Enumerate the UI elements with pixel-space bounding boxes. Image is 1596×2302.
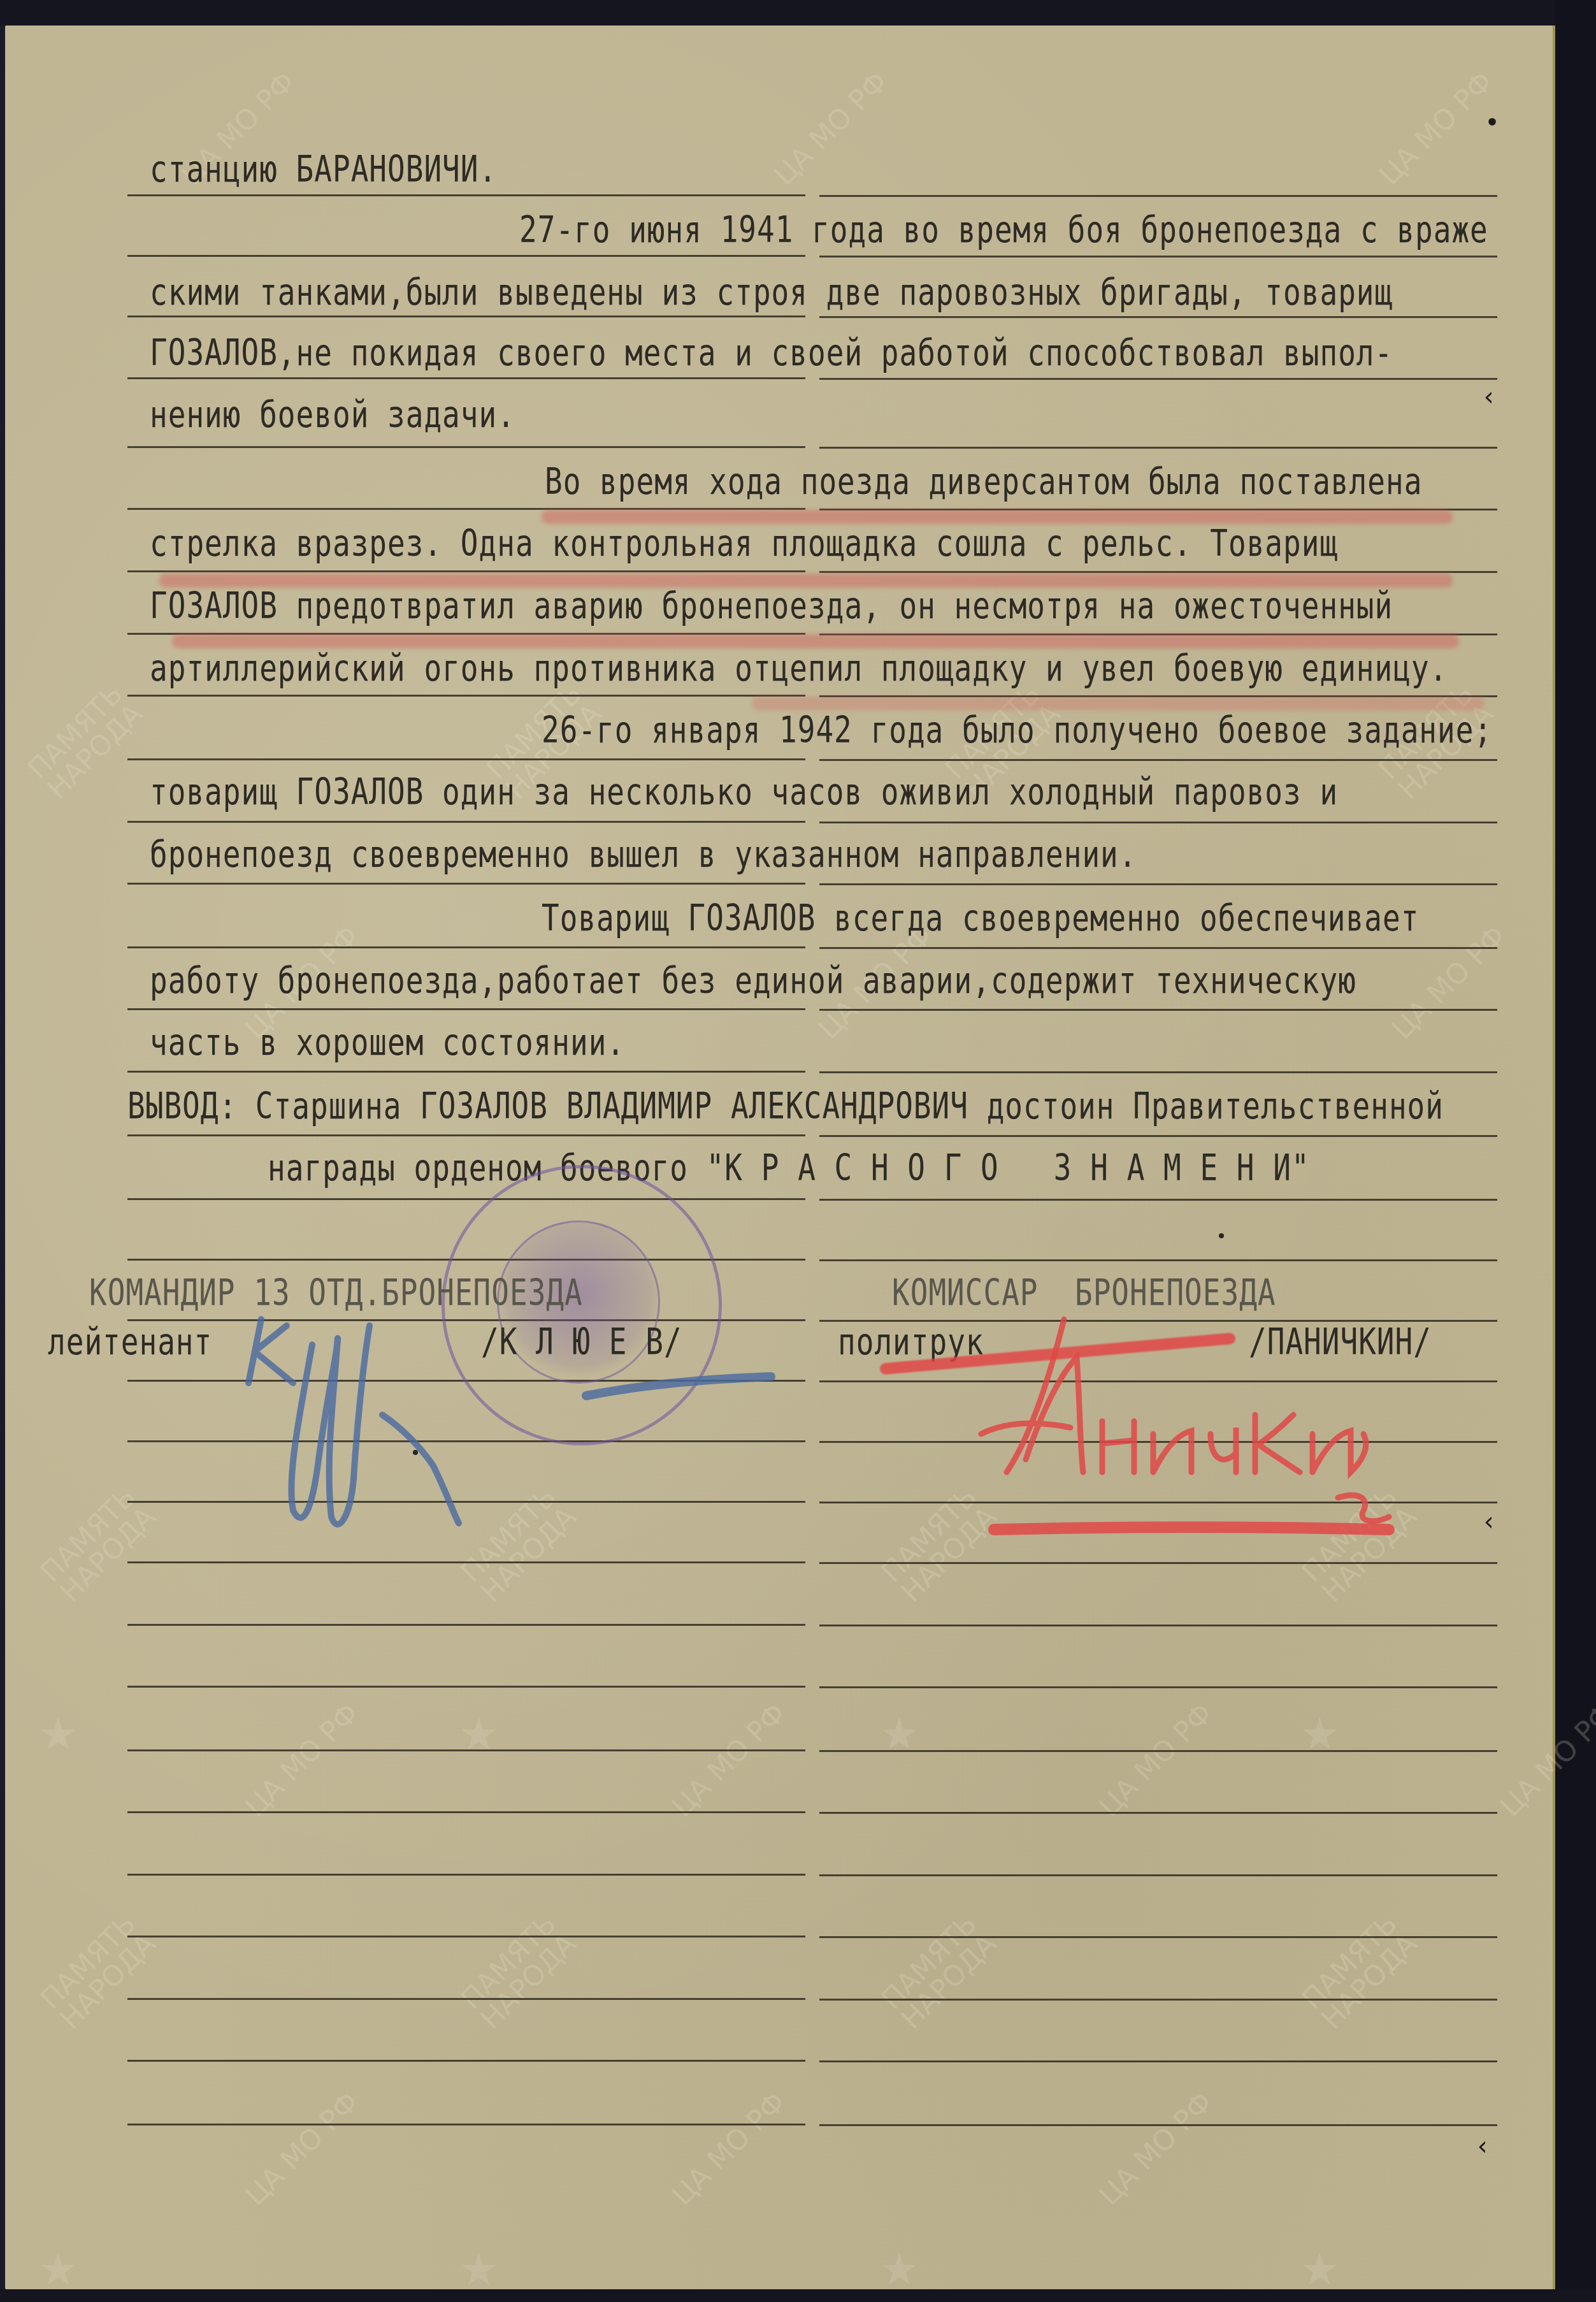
- ruled-line: [127, 1071, 1497, 1073]
- star-icon: ★: [879, 2243, 919, 2296]
- text-line: ГОЗАЛОВ предотвратил аварию бронепоезда,…: [150, 584, 1393, 628]
- text-line: нению боевой задачи.: [150, 393, 515, 437]
- text-line: артиллерийский огонь противника отцепил …: [150, 647, 1448, 690]
- star-icon: ★: [459, 2243, 499, 2296]
- ruled-line: [127, 758, 1497, 760]
- ruled-line: [127, 946, 1497, 948]
- star-icon: ★: [38, 1708, 78, 1760]
- ruled-line: [127, 315, 1497, 317]
- ruled-line: [127, 2124, 1497, 2125]
- text-line: скими танками,были выведены из строя две…: [150, 271, 1393, 314]
- star-icon: ★: [879, 1708, 919, 1760]
- ruled-line: [127, 1749, 1497, 1751]
- ruled-line: [127, 1008, 1497, 1010]
- text-line: работу бронепоезда,работает без единой а…: [150, 959, 1356, 1003]
- text-line: 27-го июня 1941 года во время боя бронеп…: [519, 208, 1488, 252]
- binding-hole-icon: ‹: [1475, 2132, 1490, 2161]
- text-line: Во время хода поезда диверсантом была по…: [545, 460, 1422, 503]
- ruled-line: [127, 1624, 1497, 1626]
- text-line: станцию БАРАНОВИЧИ.: [150, 148, 497, 191]
- ruled-line: [127, 1134, 1497, 1136]
- commissar-handwritten-signature: [956, 1307, 1516, 1549]
- binding-hole-icon: ‹: [1481, 382, 1497, 412]
- ruled-line: [127, 1874, 1497, 1876]
- text-line: 26-го января 1942 года было получено бое…: [542, 709, 1492, 752]
- ruled-line: [127, 570, 1497, 572]
- conclusion-line: ВЫВОД: Старшина ГОЗАЛОВ ВЛАДИМИР АЛЕКСАН…: [127, 1085, 1444, 1128]
- ruled-line: [127, 2060, 1497, 2062]
- ruled-line: [127, 1936, 1497, 1937]
- scan-bottom-border: [0, 2289, 1596, 2302]
- ruled-line: [127, 1811, 1497, 1813]
- ruled-line: [127, 194, 1497, 196]
- star-icon: ★: [459, 1708, 499, 1760]
- ruled-line: [127, 1686, 1497, 1688]
- text-line: бронепоезд своевременно вышел в указанно…: [150, 833, 1137, 876]
- ruled-line: [127, 1198, 1497, 1200]
- ruled-line: [127, 1561, 1497, 1563]
- binding-hole-icon: •: [1485, 108, 1500, 138]
- text-line: товарищ ГОЗАЛОВ один за несколько часов …: [150, 771, 1338, 814]
- ruled-line: [127, 1998, 1497, 2000]
- text-line: Товарищ ГОЗАЛОВ всегда своевременно обес…: [542, 897, 1419, 940]
- ruled-line: [127, 255, 1497, 257]
- ruled-line: [127, 377, 1497, 379]
- scan-top-border: [0, 0, 1596, 25]
- ink-speck: [413, 1450, 418, 1455]
- ruled-line: [127, 821, 1497, 823]
- text-line: стрелка вразрез. Одна контрольная площад…: [150, 522, 1338, 565]
- ink-speck: [1219, 1233, 1224, 1238]
- star-icon: ★: [38, 2243, 78, 2296]
- award-line: награды орденом боевого "К Р А С Н О Г О…: [268, 1147, 1310, 1190]
- commander-handwritten-signature: [242, 1300, 803, 1542]
- ruled-line: [127, 883, 1497, 885]
- star-icon: ★: [1300, 1708, 1340, 1760]
- commander-rank: лейтенант: [48, 1321, 212, 1364]
- scan-right-border: [1555, 0, 1596, 2302]
- text-line: ГОЗАЛОВ,не покидая своего места и своей …: [150, 331, 1393, 375]
- ruled-line: [127, 1259, 1497, 1261]
- star-icon: ★: [1300, 2243, 1340, 2296]
- text-line: часть в хорошем состоянии.: [150, 1021, 625, 1064]
- ruled-line: [127, 446, 1497, 448]
- binding-hole-icon: ‹: [1481, 1507, 1497, 1537]
